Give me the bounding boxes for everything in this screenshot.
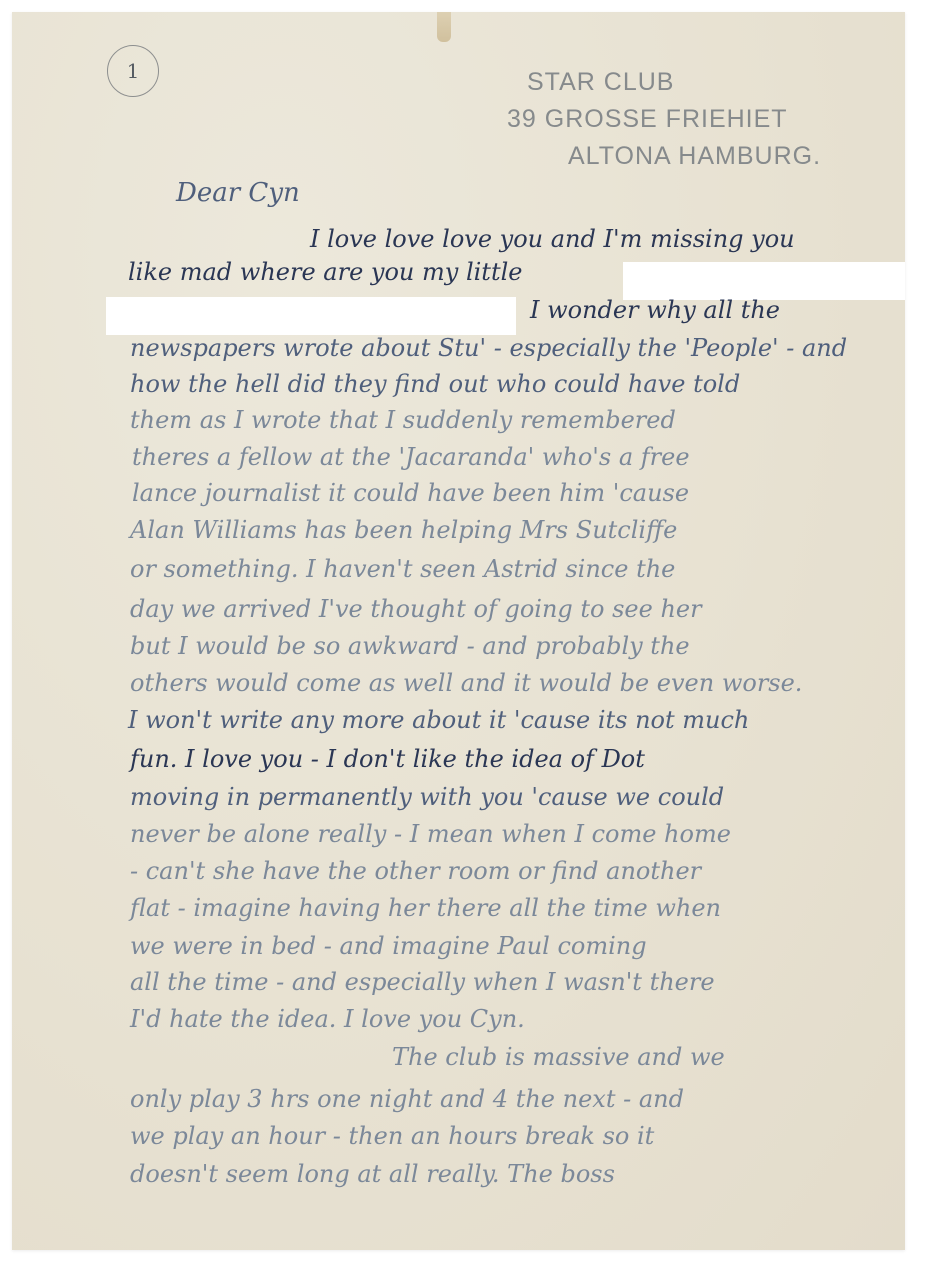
letter-line: we were in bed - and imagine Paul coming <box>130 932 647 960</box>
letter-line: The club is massive and we <box>392 1043 725 1071</box>
letter-line: lance journalist it could have been him … <box>132 479 689 507</box>
paper-stain <box>437 12 451 42</box>
letter-line: flat - imagine having her there all the … <box>130 894 721 922</box>
letter-line: we play an hour - then an hours break so… <box>130 1122 654 1150</box>
letter-line: I won't write any more about it 'cause i… <box>128 706 749 734</box>
letter-line: how the hell did they find out who could… <box>130 370 740 398</box>
letter-line: I love love love you and I'm missing you <box>310 225 795 253</box>
letter-line: only play 3 hrs one night and 4 the next… <box>130 1085 684 1113</box>
address-line-3: ALTONA HAMBURG. <box>568 142 821 171</box>
redaction-block <box>623 262 905 300</box>
letter-line: all the time - and especially when I was… <box>130 968 715 996</box>
letter-line: moving in permanently with you 'cause we… <box>130 783 724 811</box>
letter-line: newspapers wrote about Stu' - especially… <box>130 334 847 362</box>
letter-line: theres a fellow at the 'Jacaranda' who's… <box>132 443 690 471</box>
redaction-block <box>106 297 516 335</box>
letter-line: day we arrived I've thought of going to … <box>130 595 702 623</box>
letter-line: fun. I love you - I don't like the idea … <box>130 745 645 773</box>
letter-line: I wonder why all the <box>530 296 780 324</box>
letter-line: - can't she have the other room or find … <box>130 857 701 885</box>
page-number: 1 <box>127 59 140 83</box>
page-number-circle: 1 <box>107 45 159 97</box>
address-line-2: 39 GROSSE FRIEHIET <box>507 105 788 134</box>
letter-line: them as I wrote that I suddenly remember… <box>130 406 676 434</box>
letter-line: like mad where are you my little <box>128 258 522 286</box>
letter-line: others would come as well and it would b… <box>130 669 802 697</box>
letter-line: but I would be so awkward - and probably… <box>130 632 690 660</box>
letter-line: never be alone really - I mean when I co… <box>130 820 731 848</box>
salutation: Dear Cyn <box>176 178 300 208</box>
letter-line: or something. I haven't seen Astrid sinc… <box>130 555 675 583</box>
letter-line: Alan Williams has been helping Mrs Sutcl… <box>130 516 677 544</box>
address-line-1: STAR CLUB <box>527 68 674 97</box>
letter-line: I'd hate the idea. I love you Cyn. <box>130 1005 525 1033</box>
letter-line: doesn't seem long at all really. The bos… <box>130 1160 615 1188</box>
